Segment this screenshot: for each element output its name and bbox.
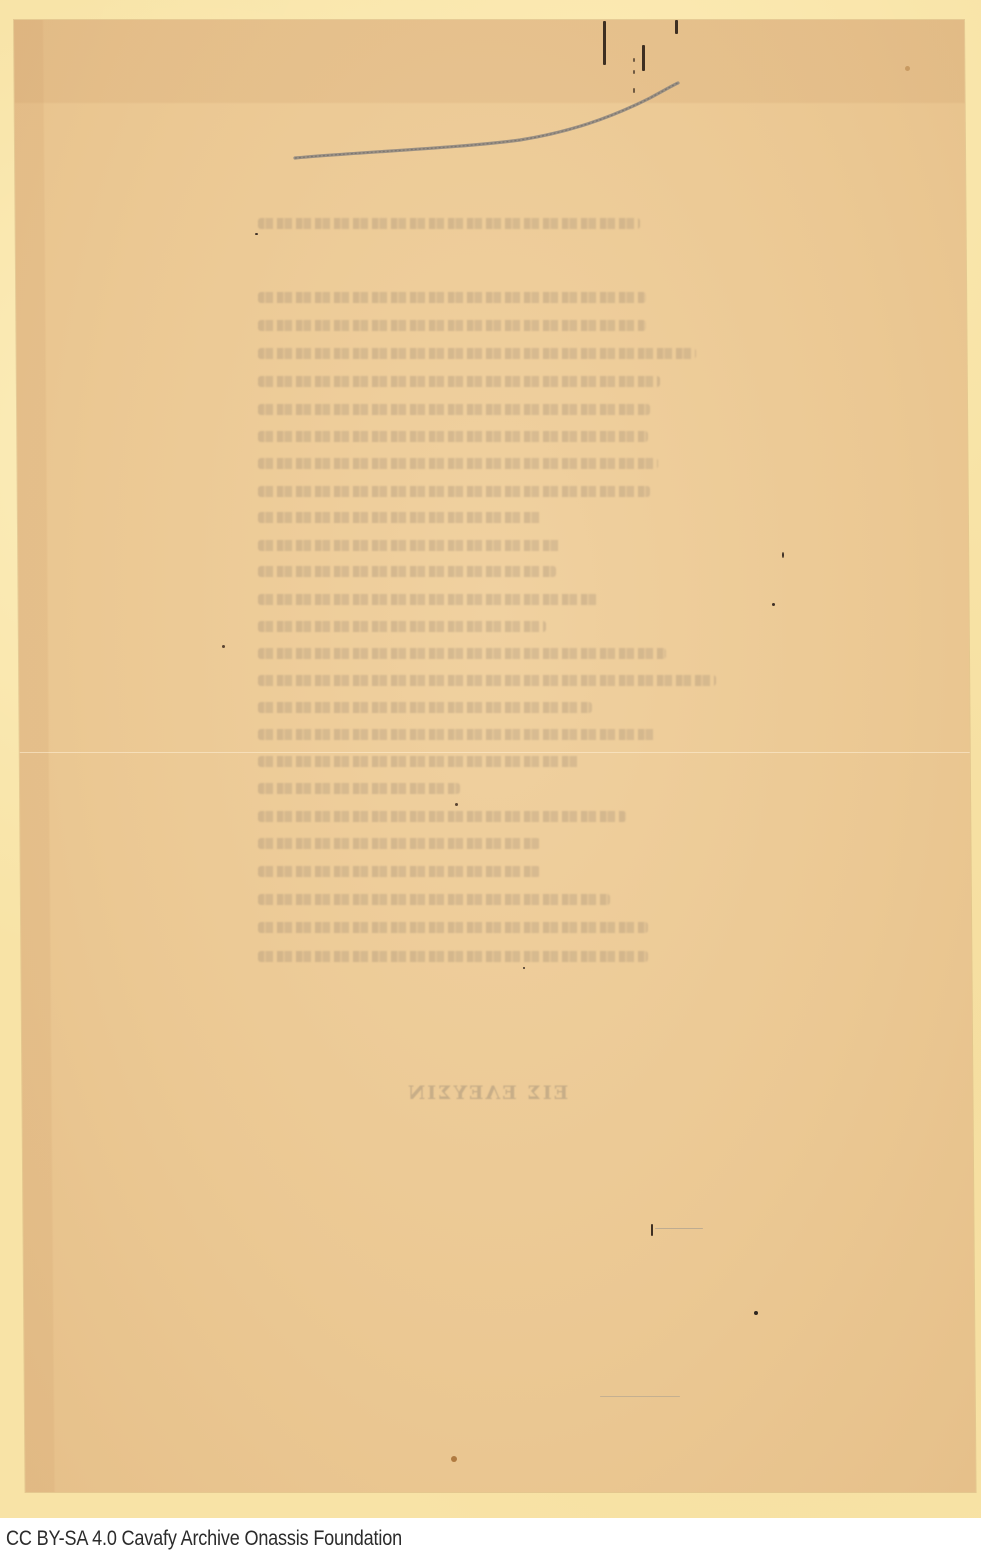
bleed-through-line	[258, 648, 666, 659]
ink-mark-dotted	[633, 70, 635, 74]
bleed-through-heading: ΕΙΣ ΕΛΕΥΣΙΝ	[372, 1080, 602, 1106]
fold-crease	[20, 752, 970, 753]
pencil-dash	[600, 1396, 680, 1397]
bleed-through-line	[258, 756, 580, 767]
bleed-through-line	[258, 540, 562, 551]
bleed-through-line	[258, 594, 598, 605]
bleed-through-line	[258, 458, 658, 469]
bleed-through-line	[258, 512, 542, 523]
bleed-through-line	[258, 866, 540, 877]
scan-background: ΕΙΣ ΕΛΕΥΣΙΝ	[0, 0, 981, 1518]
paper-speck	[455, 803, 458, 806]
pencil-stroke-mark	[0, 0, 981, 200]
bleed-through-line	[258, 566, 556, 577]
bleed-through-line	[258, 431, 648, 442]
pencil-dash	[655, 1228, 703, 1229]
bleed-through-line	[258, 621, 546, 632]
ink-mark-vertical	[603, 21, 606, 65]
bleed-through-line	[258, 811, 626, 822]
ink-mark-vertical	[642, 45, 645, 71]
paper-speck	[523, 967, 525, 969]
bleed-through-line	[258, 376, 660, 387]
paper-speck	[905, 66, 910, 71]
credit-line: CC BY-SA 4.0 Cavafy Archive Onassis Foun…	[6, 1524, 402, 1554]
ink-mark-dotted	[633, 58, 635, 62]
ink-mark-dotted	[633, 88, 635, 93]
bleed-through-line	[258, 348, 696, 359]
bleed-through-line	[258, 838, 540, 849]
bleed-through-line	[258, 951, 648, 962]
paper-speck	[754, 1311, 758, 1315]
paper-speck	[451, 1456, 457, 1462]
bleed-through-line	[258, 783, 460, 794]
paper-speck	[255, 233, 258, 235]
bleed-through-line	[258, 675, 716, 686]
bleed-through-line	[258, 404, 650, 415]
bleed-through-line	[258, 320, 646, 331]
ink-mark-vertical	[651, 1224, 653, 1236]
bleed-through-line	[258, 702, 592, 713]
ink-mark-vertical	[675, 20, 678, 34]
bleed-through-line	[258, 292, 646, 303]
bleed-through-line	[258, 218, 640, 229]
paper-speck	[222, 645, 225, 648]
paper-speck	[782, 552, 784, 558]
bleed-through-line	[258, 922, 648, 933]
bleed-through-line	[258, 894, 610, 905]
paper-speck	[772, 603, 775, 606]
bleed-through-line	[258, 729, 656, 740]
bleed-through-line	[258, 486, 650, 497]
